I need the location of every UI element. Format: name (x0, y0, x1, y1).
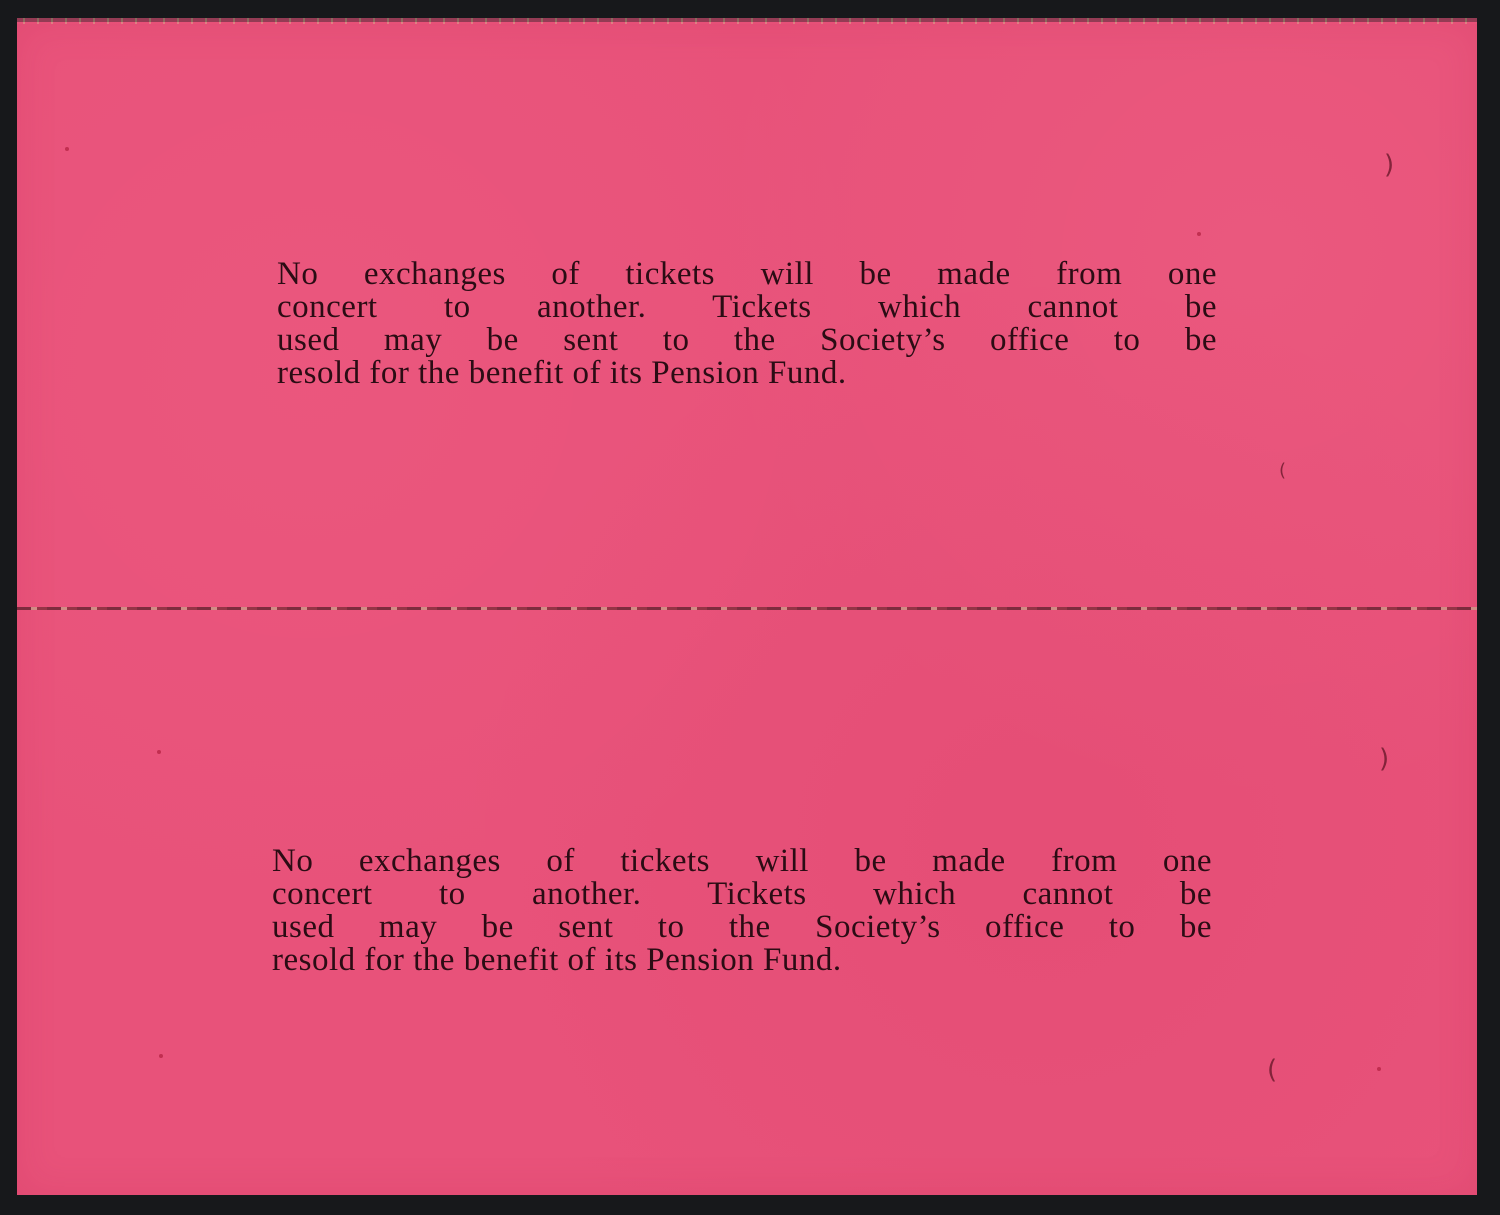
bracket-mark: ( (1267, 1055, 1277, 1085)
notice-line: concert to another. Tickets which cannot… (277, 291, 1217, 324)
bracket-mark: ( (1279, 460, 1286, 481)
notice-line: resold for the benefit of its Pension Fu… (272, 944, 1212, 977)
torn-top-edge (17, 18, 1477, 24)
perforation-line (17, 607, 1477, 610)
notice-lower: No exchanges of tickets will be made fro… (272, 845, 1212, 977)
speck (1197, 232, 1201, 236)
notice-line: No exchanges of tickets will be made fro… (277, 258, 1217, 291)
notice-line: resold for the benefit of its Pension Fu… (277, 357, 1217, 390)
notice-line: concert to another. Tickets which cannot… (272, 878, 1212, 911)
notice-line: used may be sent to the Society’s office… (272, 911, 1212, 944)
speck (65, 147, 69, 151)
speck (157, 750, 161, 754)
ticket-card: No exchanges of tickets will be made fro… (17, 22, 1477, 1195)
notice-upper: No exchanges of tickets will be made fro… (277, 258, 1217, 390)
bracket-mark: ) (1379, 744, 1389, 774)
speck (159, 1054, 163, 1058)
speck (1377, 1067, 1381, 1071)
notice-line: No exchanges of tickets will be made fro… (272, 845, 1212, 878)
notice-line: used may be sent to the Society’s office… (277, 324, 1217, 357)
bracket-mark: ) (1384, 150, 1394, 180)
